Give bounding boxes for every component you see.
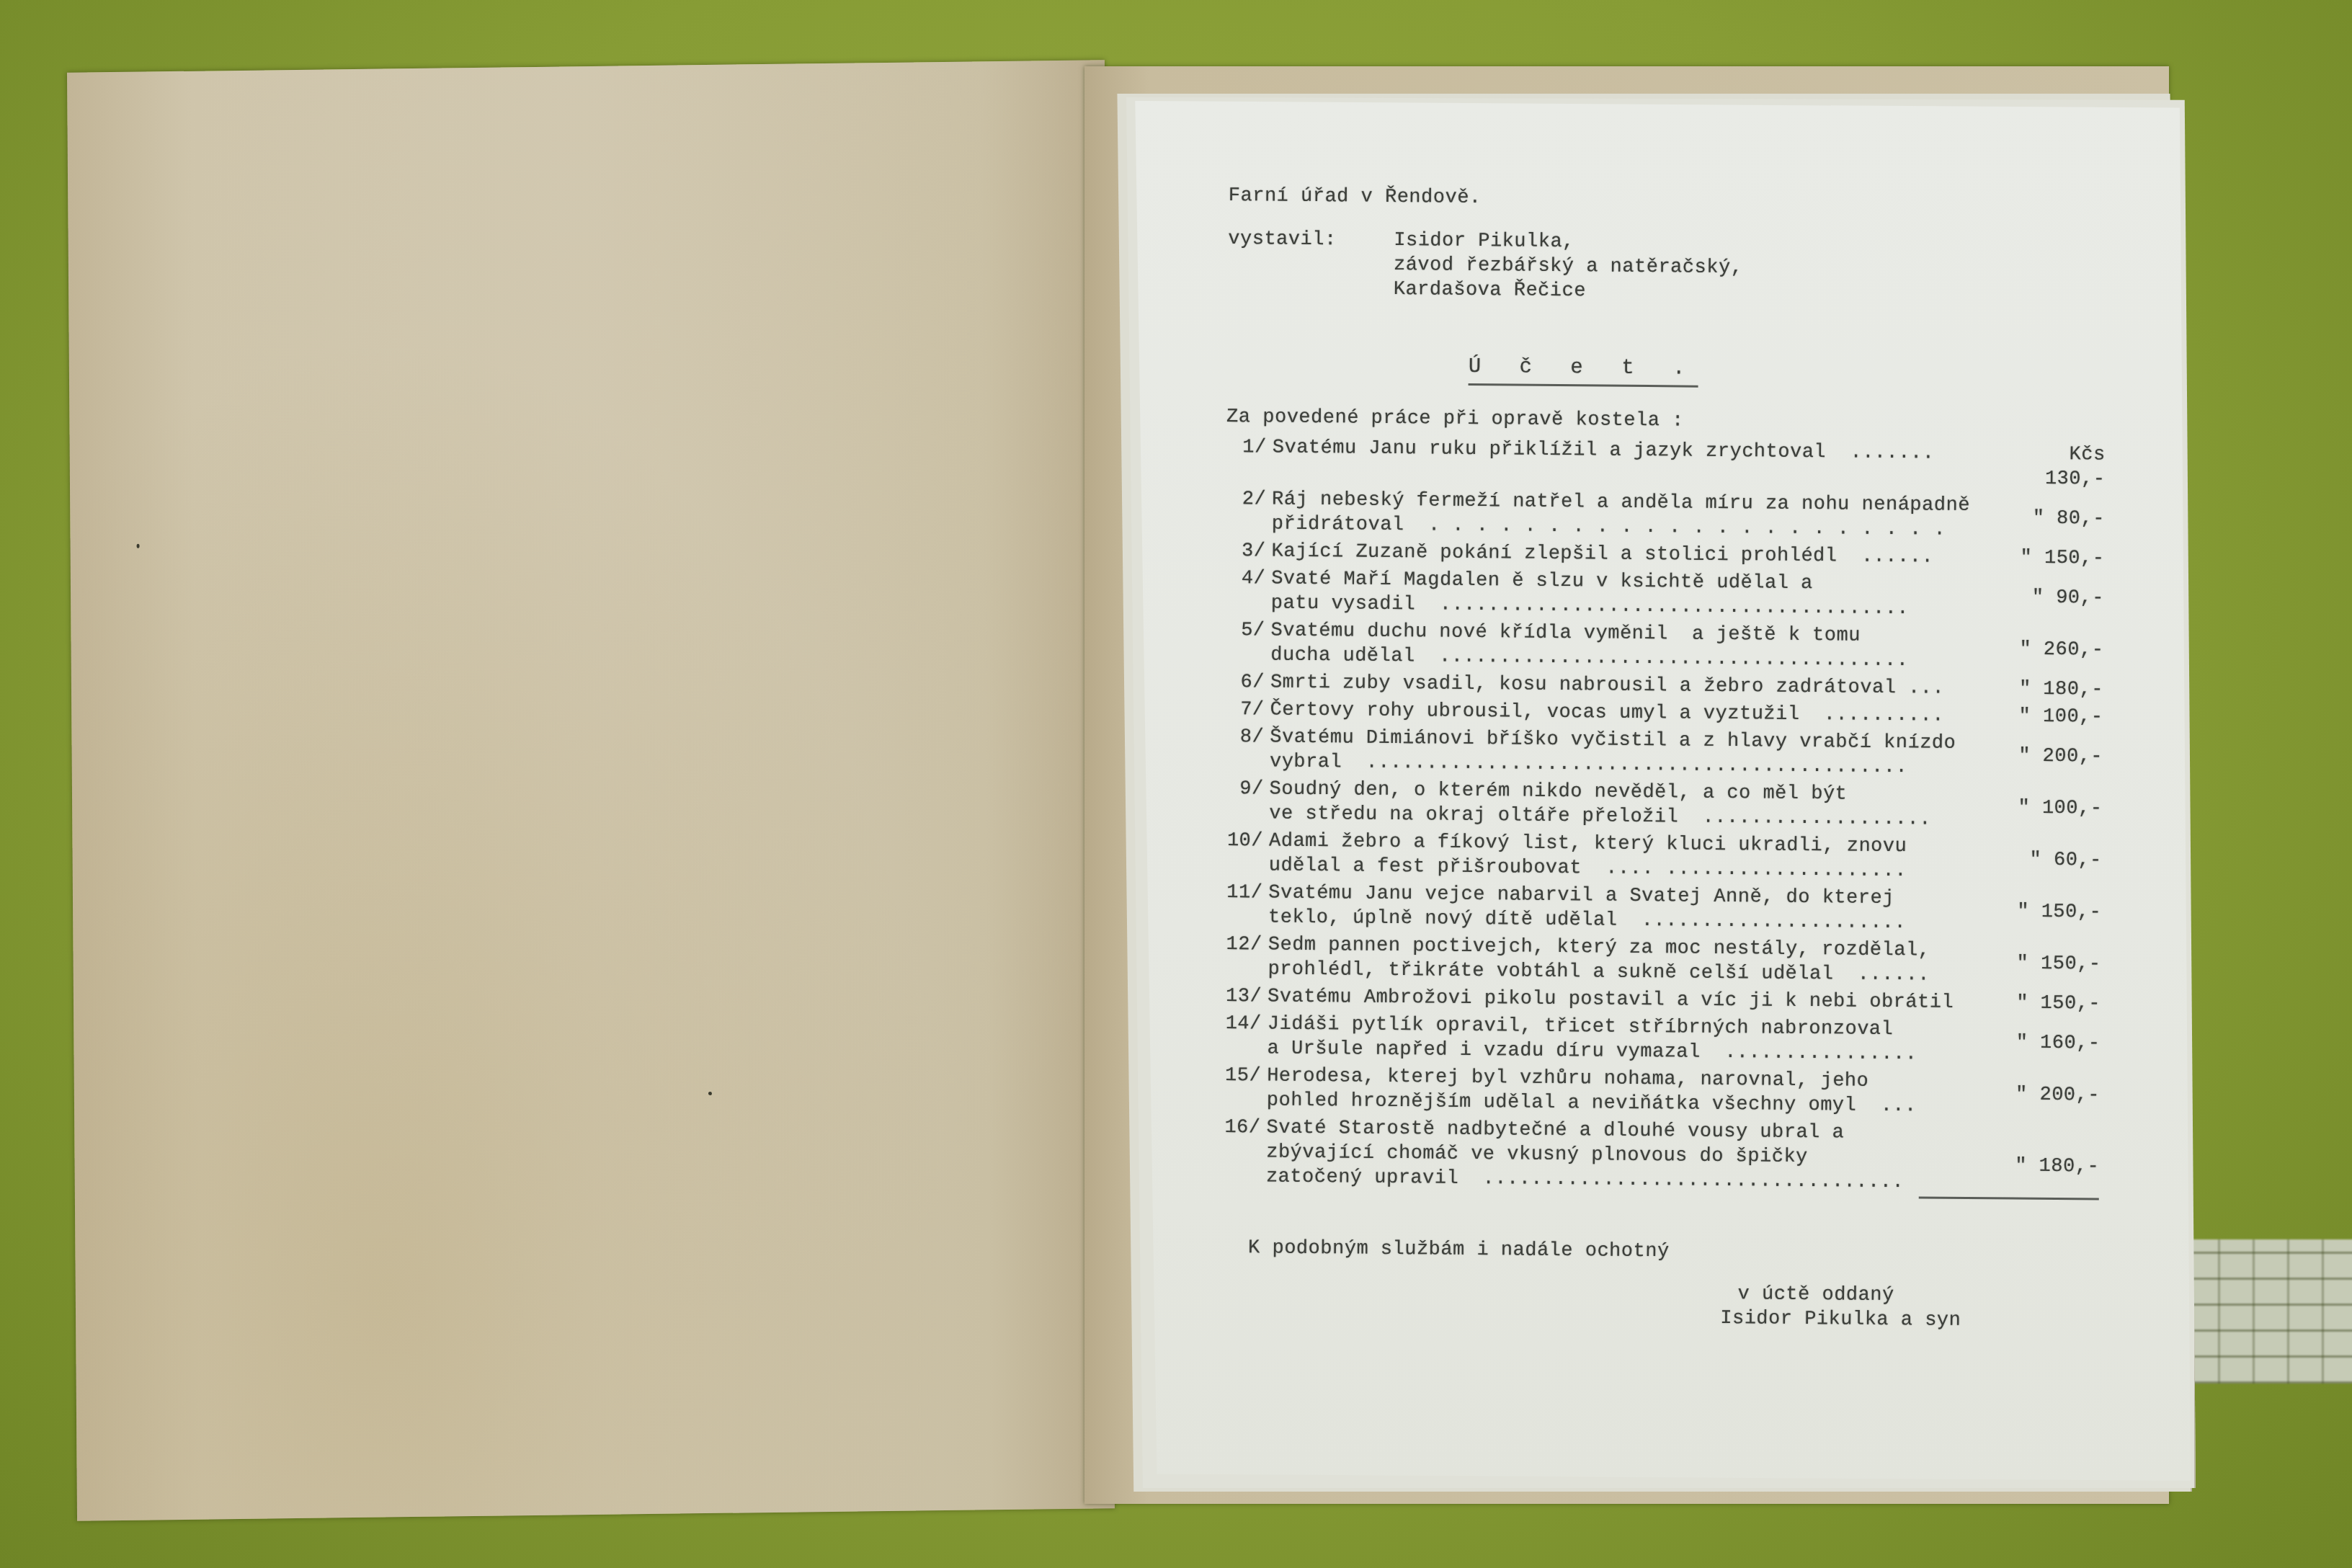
amount-value: 200,- [2042,746,2103,768]
line-item-description: Herodesa, kterej byl vzhůru nohama, naro… [1267,1064,1992,1120]
amount-value: 100,- [2043,706,2103,729]
amount-prefix: " [2019,679,2031,700]
line-item: 1/Svatému Janu ruku přiklížil a jazyk zr… [1226,435,2106,492]
header-block: Farní úřad v Řendově. vystavil: Isidor P… [1228,184,2108,308]
line-item-amount: " 150,- [1996,545,2104,571]
line-item-description: Švatému Dimiánovi bříško vyčistil a z hl… [1270,726,1995,781]
line-item: 10/Adami žebro a fíkový list, který kluc… [1223,829,2103,886]
amount-prefix: " [2019,706,2031,728]
line-item: 16/Svaté Starostě nadbytečné a dlouhé vo… [1220,1115,2100,1197]
amount-prefix: Kčs [2070,444,2106,465]
amount-prefix: " [2018,746,2031,767]
issuer-label: vystavil: [1228,227,1394,302]
amount-value: 180,- [2043,679,2103,701]
amount-prefix: " [2017,953,2029,975]
amount-prefix: " [2017,901,2029,923]
line-item-text: Svatému Ambrožovi pikolu postavil a víc … [1268,985,1992,1016]
invoice-text: Farní úřad v Řendově. vystavil: Isidor P… [1219,184,2108,1335]
line-item-amount: " 260,- [1995,637,2103,662]
line-item: 14/Jidáši pytlík opravil, třicet stříbrn… [1221,1012,2101,1069]
amount-value: 90,- [2056,587,2104,610]
line-item-text: Kající Zuzaně pokání zlepšil a stolici p… [1271,540,1996,571]
closing-text: K podobným službám i nadále ochotný [1219,1236,2098,1268]
line-item-amount: " 160,- [1992,1030,2100,1056]
line-item-number: 13/ [1221,984,1268,1010]
signoff-line: v úctě oddaný [1737,1282,2098,1309]
line-item-number: 10/ [1223,829,1270,878]
line-item: 7/Čertovy rohy ubrousil, vocas umyl a vy… [1224,698,2103,730]
line-item: 5/Svatému duchu nové křídla vyměnil a je… [1224,618,2104,675]
line-item-amount: " 180,- [1991,1154,2099,1179]
amount-value: 180,- [2039,1156,2099,1178]
line-item-number: 4/ [1225,566,1272,616]
line-item-amount: " 180,- [1995,677,2103,702]
line-item-amount: " 90,- [1996,585,2104,610]
line-item-description: Sedm pannen poctivejch, který za moc nes… [1268,933,1993,989]
issuer-line: závod řezbářský a natěračský, [1394,253,1743,280]
total-underline [1919,1196,2099,1200]
amount-prefix: " [2030,850,2042,871]
line-item-description: Jidáši pytlík opravil, třicet stříbrných… [1267,1012,1992,1068]
line-item-text: Svatému Janu ruku přiklížil a jazyk zryc… [1273,436,1997,467]
line-item-amount: Kčs 130,- [1997,442,2106,491]
line-item-description: Svatému duchu nové křídla vyměnil a ješt… [1270,619,1996,674]
line-item-number: 9/ [1223,777,1270,827]
line-item: 2/Ráj nebeský fermeží natřel a anděla mí… [1226,487,2106,544]
amount-value: 150,- [2041,953,2101,976]
line-item-amount: " 60,- [1994,847,2102,873]
line-item-description: Kající Zuzaně pokání zlepšil a stolici p… [1271,540,1996,571]
issuer-line: Kardašova Řečice [1394,277,1743,305]
line-item-description: Svaté Starostě nadbytečné a dlouhé vousy… [1266,1116,1992,1196]
line-item-description: Ráj nebeský fermeží natřel a anděla míru… [1272,488,1997,543]
amount-prefix: " [2019,639,2031,661]
line-item: 6/Smrti zuby vsadil, kosu nabrousil a že… [1224,670,2103,703]
line-item-description: Svatému Janu ruku přiklížil a jazyk zryc… [1272,436,1997,491]
line-item-description: Svaté Maří Magdalen ě slzu v ksichtě udě… [1271,567,1997,623]
line-item-description: Soudný den, o kterém nikdo nevěděl, a co… [1269,778,1995,833]
line-item-number: 16/ [1220,1115,1267,1190]
line-item: 4/Svaté Maří Magdalen ě slzu v ksichtě u… [1225,566,2105,623]
folder-left-cover [67,60,1115,1520]
line-item-amount: " 100,- [1994,796,2102,821]
line-item-number: 6/ [1224,670,1270,695]
line-item-amount: " 200,- [1995,744,2103,769]
amount-value: 160,- [2040,1033,2101,1055]
line-item-description: Smrti zuby vsadil, kosu nabrousil a žebr… [1270,671,1995,702]
amount-value: 150,- [2040,993,2101,1015]
amount-prefix: " [2016,993,2028,1015]
amount-value: 150,- [2044,548,2105,570]
issuer: vystavil: Isidor Pikulka, závod řezbářsk… [1228,227,2108,308]
amount-prefix: " [2032,587,2044,609]
line-item-number: 2/ [1226,487,1273,537]
line-item-amount: " 80,- [1997,506,2105,531]
line-items: 1/Svatému Janu ruku přiklížil a jazyk zr… [1220,435,2106,1197]
line-item: 3/Kající Zuzaně pokání zlepšil a stolici… [1225,539,2104,571]
amount-prefix: " [2015,1084,2028,1106]
line-item: 11/Svatému Janu vejce nabarvil a Svatej … [1222,881,2102,937]
amount-value: 100,- [2042,798,2103,820]
line-item-number: 8/ [1224,725,1270,775]
line-item-text: Smrti zuby vsadil, kosu nabrousil a žebr… [1270,671,1995,702]
line-item: 8/Švatému Dimiánovi bříško vyčistil a z … [1224,725,2103,782]
line-item-amount: " 150,- [1993,899,2101,925]
line-item-text: Čertovy rohy ubrousil, vocas umyl a vyzt… [1270,698,1995,729]
line-item-description: Adami žebro a fíkový list, který kluci u… [1269,829,1995,885]
line-item: 12/Sedm pannen poctivejch, který za moc … [1221,932,2101,989]
issuer-line: Isidor Pikulka, [1394,228,1743,256]
stain-speck [137,544,140,548]
signoff: v úctě oddaný Isidor Pikulka a syn [1219,1278,2098,1335]
line-item-amount: " 200,- [1992,1082,2100,1108]
stain-speck [708,1092,712,1095]
amount-value: 130,- [2045,468,2106,491]
line-item-description: Čertovy rohy ubrousil, vocas umyl a vyzt… [1270,698,1995,729]
line-item-number: 15/ [1221,1064,1268,1113]
amount-prefix: " [2016,1033,2028,1054]
line-item-number: 1/ [1226,435,1273,485]
line-item-number: 12/ [1221,932,1268,982]
line-item-number: 7/ [1224,698,1270,723]
amount-value: 80,- [2057,508,2105,530]
amount-value: 200,- [2039,1084,2100,1107]
line-item-amount: " 100,- [1995,704,2103,729]
line-item-amount: " 150,- [1992,951,2101,976]
amount-value: 260,- [2044,639,2104,661]
line-item-description: Svatému Janu vejce nabarvil a Svatej Ann… [1268,881,1994,937]
line-item-description: Svatému Ambrožovi pikolu postavil a víc … [1268,985,1992,1016]
line-item: 9/Soudný den, o kterém nikdo nevěděl, a … [1223,777,2103,834]
line-item: 13/Svatému Ambrožovi pikolu postavil a v… [1221,984,2101,1017]
amount-value: 150,- [2041,901,2102,924]
amount-prefix: " [2015,1156,2027,1177]
line-item: 15/Herodesa, kterej byl vzhůru nohama, n… [1221,1064,2101,1121]
tiled-floor-patch [2183,1239,2352,1384]
line-item-number: 3/ [1225,539,1271,564]
signoff-signature: Isidor Pikulka a syn [1720,1306,2098,1335]
intro-text: Za povedené práce při opravě kostela : [1226,405,2106,437]
line-item-amount: " 150,- [1992,991,2101,1016]
line-item-number: 14/ [1221,1012,1268,1061]
line-item-number: 11/ [1222,881,1269,930]
amount-value: 60,- [2054,850,2102,872]
line-item-number: 5/ [1224,618,1271,668]
issuer-lines: Isidor Pikulka, závod řezbářský a natěra… [1394,228,1743,305]
document-title: Ú č e t . [1469,355,1698,388]
amount-prefix: " [2018,798,2030,819]
amount-prefix: " [2033,508,2045,530]
amount-prefix: " [2020,548,2032,569]
